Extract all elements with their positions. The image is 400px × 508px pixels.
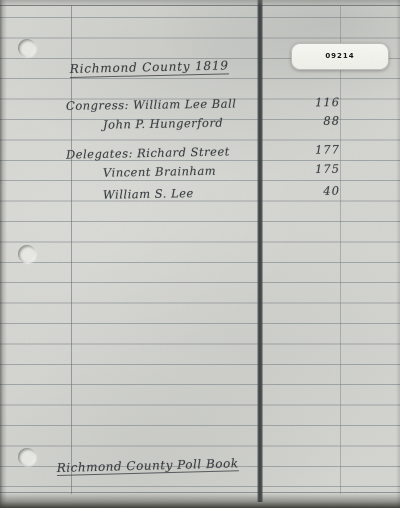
- scanned-poll-book-page: 09214 Richmond County 1819 Congress: Wil…: [0, 0, 400, 508]
- catalog-number: 09214: [325, 52, 354, 60]
- entry-text: John P. Hungerford: [103, 118, 223, 132]
- entry-votes: 88: [270, 116, 340, 129]
- page-edge-left: [0, 0, 7, 508]
- page-edge-right: [396, 0, 400, 508]
- page-edge-top: [0, 0, 400, 5]
- catalog-sticker: 09214: [291, 43, 389, 70]
- entry-text: Congress: William Lee Ball: [66, 98, 237, 112]
- punch-hole-top: [18, 39, 36, 57]
- votes-column-line: [340, 5, 341, 494]
- entry-votes: 116: [270, 97, 340, 109]
- left-margin-line: [71, 5, 72, 494]
- entry-text: William S. Lee: [103, 188, 194, 201]
- punch-hole-bottom: [18, 448, 36, 466]
- punch-hole-middle: [18, 245, 36, 263]
- entry-text: Delegates: Richard Street: [66, 146, 230, 161]
- page-title: Richmond County 1819: [70, 59, 229, 78]
- entry-text: Vincent Brainham: [103, 166, 216, 179]
- entry-votes: 177: [270, 144, 340, 157]
- footer-note: Richmond County Poll Book: [57, 457, 239, 476]
- ledger-divider-line: [257, 0, 263, 502]
- entry-votes: 175: [270, 164, 340, 177]
- page-edge-bottom: [0, 493, 400, 508]
- entry-votes: 40: [270, 186, 340, 199]
